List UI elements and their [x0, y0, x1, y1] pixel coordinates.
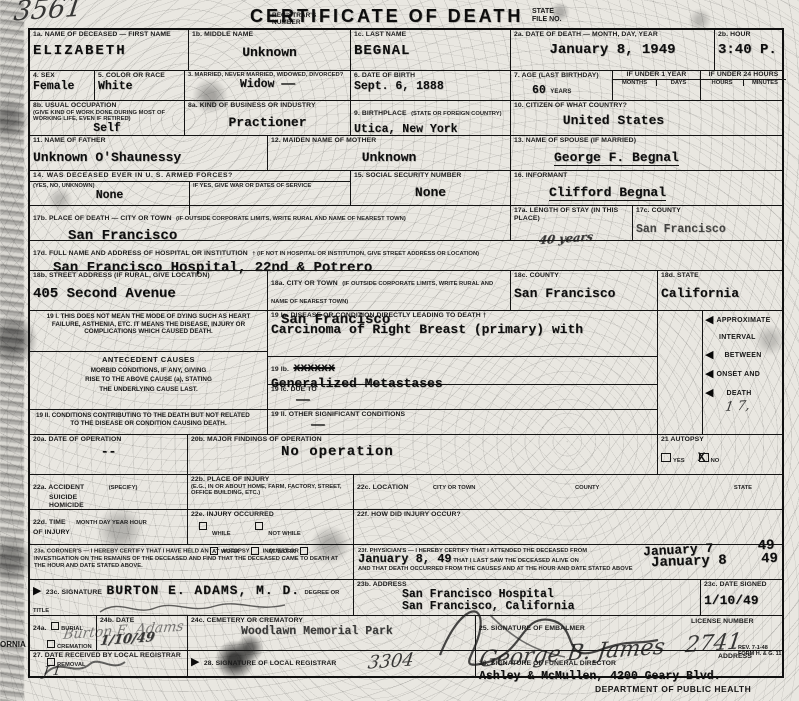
field-name-middle: 1b. MIDDLE NAME Unknown — [188, 30, 350, 70]
coroner-autopsy-checkbox — [210, 547, 218, 555]
field-age: 7. AGE (LAST BIRTHDAY) 60 YEARS — [510, 71, 612, 100]
field-date-of-operation: 20a. DATE OF OPERATION -- — [30, 435, 187, 474]
while-at-work-checkbox — [199, 522, 207, 530]
field-county-18c: 18c. COUNTY San Francisco — [510, 271, 657, 310]
field-injury-location: 22c. LOCATION CITY OR TOWN COUNTY STATE — [353, 475, 786, 509]
state-file-no-label: STATE FILE NO. — [532, 8, 562, 24]
registrar-handwritten-number: 3304 — [367, 649, 416, 673]
field-local-registrar-signature: ▶ 28. SIGNATURE OF LOCAL REGISTRAR 3304 — [187, 651, 475, 678]
field-if-under-1-year: IF UNDER 1 YEAR MONTHS DAYS — [612, 71, 700, 100]
field-autopsy: 21 AUTOPSY YES XNO — [657, 435, 786, 474]
field-hospital-name-address: 17d. FULL NAME AND ADDRESS OF HOSPITAL O… — [30, 241, 786, 270]
cause-definition-note: 19 I. THIS DOES NOT MEAN THE MODE OF DYI… — [30, 311, 267, 351]
field-armed-forces: 14. WAS DECEASED EVER IN U. S. ARMED FOR… — [30, 171, 350, 205]
cremation-checkbox — [47, 640, 55, 648]
field-street-address: 18b. STREET ADDRESS (IF RURAL, GIVE LOCA… — [30, 271, 267, 310]
contributing-conditions-note: 19 II. CONDITIONS CONTRIBUTING TO THE DE… — [30, 409, 267, 429]
department-footer: DEPARTMENT OF PUBLIC HEALTH — [595, 684, 751, 694]
field-cemetery: 24c. CEMETERY OR CREMATORY Woodlawn Memo… — [187, 616, 475, 650]
scan-edge-artifact — [0, 0, 24, 701]
field-city-or-town: 18a. CITY OR TOWN (IF OUTSIDE CORPORATE … — [267, 271, 510, 310]
field-date-of-death: 2a. DATE OF DEATH — MONTH, DAY, YEAR Jan… — [510, 30, 714, 70]
field-place-of-injury: 22b. PLACE OF INJURY (E.G., IN OR ABOUT … — [187, 475, 353, 509]
field-hour-of-death: 2b. HOUR 3:40 P. — [714, 30, 786, 70]
interval-handwritten-note: 1 7, — [724, 396, 785, 415]
field-business-industry: 8a. KIND OF BUSINESS OR INDUSTRY Practio… — [184, 101, 350, 135]
pointer-icon: ▶ — [191, 656, 199, 668]
field-county-of-death: 17c. COUNTY San Francisco — [632, 206, 786, 240]
field-state-18d: 18d. STATE California — [657, 271, 786, 310]
field-place-of-death: 17b. PLACE OF DEATH — CITY OR TOWN (IF O… — [30, 206, 510, 240]
field-name-of-father: 11. NAME OF FATHER Unknown O'Shaunessy — [30, 136, 267, 170]
field-cause-a: 19 Ia. DISEASE OR CONDITION DIRECTLY LEA… — [268, 311, 657, 356]
field-usual-occupation: 8b. USUAL OCCUPATION (GIVE KIND OF WORK … — [30, 101, 184, 135]
field-sex: 4. SEX Female — [30, 71, 94, 100]
not-while-at-work-checkbox — [255, 522, 263, 530]
field-social-security: 15. SOCIAL SECURITY NUMBER None — [350, 171, 510, 205]
field-maiden-name-mother: 12. MAIDEN NAME OF MOTHER Unknown — [267, 136, 510, 170]
field-date-signed: 23c. DATE SIGNED 1/10/49 — [700, 580, 786, 615]
field-time-of-injury: 22d. TIME MONTH DAY YEAR HOUR OF INJURY — [30, 510, 187, 544]
pointer-icon: ▶ — [33, 585, 41, 597]
field-name-last: 1c. LAST NAME BEGNAL — [350, 30, 510, 70]
field-name-of-spouse: 13. NAME OF SPOUSE (IF MARRIED) George F… — [510, 136, 786, 170]
cause-of-death-entries: 19 Ia. DISEASE OR CONDITION DIRECTLY LEA… — [267, 311, 657, 434]
interval-entry-column — [657, 311, 702, 434]
coroner-certification: 23a. CORONER'S — I HEREBY CERTIFY THAT I… — [30, 545, 353, 579]
approximate-interval-label: ◀APPROXIMATE INTERVAL ◀BETWEEN ◀ONSET AN… — [702, 311, 786, 434]
margin-cut-text: ORNIA — [0, 642, 26, 648]
field-cause-b: 19 Ib. xxxxxx Generalized Metastases — [268, 356, 657, 384]
field-other-significant-conditions: 19 II. OTHER SIGNIFICANT CONDITIONS —— — [268, 409, 657, 433]
field-date-received: 27. DATE RECEIVED BY LOCAL REGISTRAR J 1 — [30, 651, 187, 678]
field-physician-address: 23b. ADDRESS San Francisco Hospital San … — [353, 580, 700, 615]
field-disposal-type: 24a. BURIAL CREMATION REMOVAL — [30, 616, 96, 650]
physician-typed-date-left: January 8, 49 — [358, 552, 452, 566]
field-marital-status: 3. MARRIED, NEVER MARRIED, WIDOWED, DIVO… — [184, 71, 350, 100]
field-date-of-birth: 6. DATE OF BIRTH Sept. 6, 1888 — [350, 71, 510, 100]
field-major-findings: 20b. MAJOR FINDINGS OF OPERATION No oper… — [187, 435, 657, 474]
burial-checkbox — [51, 622, 59, 630]
left-arrow-icon: ◀ — [705, 369, 713, 379]
antecedent-causes-note: ANTECEDENT CAUSES MORBID CONDITIONS, IF … — [30, 351, 267, 409]
field-accident-suicide-homicide: 22a. ACCIDENT (SPECIFY) SUICIDE HOMICIDE — [30, 475, 187, 509]
coroner-inquest-checkbox — [251, 547, 259, 555]
autopsy-no-checkbox: X — [699, 453, 709, 462]
form-revision-note: REV. 7-1-48 FORM H. & G. 11 — [738, 645, 781, 657]
autopsy-yes-checkbox — [661, 453, 671, 462]
field-disposal-date: 24b. DATE 1/10/49 — [96, 616, 187, 650]
left-arrow-icon: ◀ — [705, 315, 713, 325]
page-title: CERTIFICATE OF DEATH — [250, 6, 523, 27]
field-citizen-country: 10. CITIZEN OF WHAT COUNTRY? United Stat… — [510, 101, 786, 135]
field-physician-signature: ▶ 23c. SIGNATURE BURTON E. ADAMS, M. D. … — [30, 580, 353, 615]
registrar-number-value: 3561 — [12, 0, 85, 28]
field-length-of-stay: 17a. LENGTH OF STAY (IN THIS PLACE) 40 y… — [510, 206, 632, 240]
field-name-first: 1a. NAME OF DECEASED — FIRST NAME ELIZAB… — [30, 30, 188, 70]
left-arrow-icon: ◀ — [705, 388, 713, 398]
field-color-or-race: 5. COLOR OR RACE White — [94, 71, 184, 100]
field-informant: 16. INFORMANT Clifford Begnal — [510, 171, 786, 205]
field-birthplace: 9. BIRTHPLACE (STATE OR FOREIGN COUNTRY)… — [350, 101, 510, 135]
left-arrow-icon: ◀ — [705, 350, 713, 360]
death-certificate-scan: 3561 REGISTRAR'S NUMBER CERTIFICATE OF D… — [0, 0, 799, 701]
physician-certification: 23f. PHYSICIAN'S — I HEREBY CERTIFY THAT… — [353, 545, 786, 579]
cause-of-death-notes: 19 I. THIS DOES NOT MEAN THE MODE OF DYI… — [30, 311, 267, 434]
field-if-under-24-hours: IF UNDER 24 HOURS HOURS MINUTES — [700, 71, 786, 100]
certificate-form: 1a. NAME OF DECEASED — FIRST NAME ELIZAB… — [28, 28, 784, 678]
field-injury-occurred: 22e. INJURY OCCURRED WHILEAT WORK NOT WH… — [187, 510, 353, 544]
coroner-investigation-checkbox — [300, 547, 308, 555]
